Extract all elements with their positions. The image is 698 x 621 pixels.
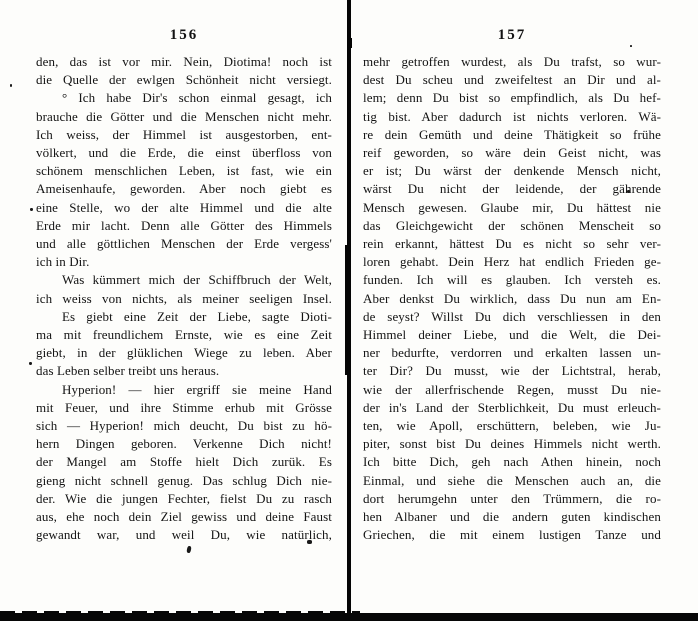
text-line: piter, sonst bist Du deines Himmels nich… (363, 435, 661, 453)
text-line: den, das ist vor mir. Nein, Diotima! noc… (36, 53, 332, 71)
page-number-left: 156 (36, 27, 332, 47)
text-line: der. Wie die jungen Fechter, fielst Du z… (36, 490, 332, 508)
text-line: sich — Hyperion! mich deucht, Du bist zu… (36, 417, 332, 435)
text-line: Erde mir lacht. Denn alle Götter des Him… (36, 217, 332, 235)
text-line: reif geworden, so wäre dein Geist nicht,… (363, 144, 661, 162)
scan-edge-bottom (0, 613, 698, 621)
text-line: ma mit freundlichem Ernste, wie es eine … (36, 326, 332, 344)
text-line: ter Dir? Du musst, wie der Lichtstral, h… (363, 362, 661, 380)
text-line: Ich bitte Dich, geh nach Athen hinein, n… (363, 453, 661, 471)
page-left-text: den, das ist vor mir. Nein, Diotima! noc… (36, 53, 332, 544)
text-line: Ameisenhaufe, geworden. Aber noch giebt … (36, 180, 332, 198)
text-line: gewandt war, und weil Du, wie natürlich, (36, 526, 332, 544)
ink-speck (627, 190, 630, 193)
text-line: Himmel deiner Liebe, und die Welt, die D… (363, 326, 661, 344)
text-line: Einmal, und siehe die Menschen auch an, … (363, 472, 661, 490)
text-line: aus, ehe noch dein Ziel gewiss und deine… (36, 508, 332, 526)
text-line: die Quelle der ewlgen Schönheit nicht ve… (36, 71, 332, 89)
ink-speck (630, 45, 632, 47)
text-line: dort herumgehn unter den Trümmern, die r… (363, 490, 661, 508)
text-line: funden. Ich will es glauben. Ich versteh… (363, 271, 661, 289)
text-line: wie der allerfrischende Regen, musst Du … (363, 381, 661, 399)
text-line: Aber denkst Du wirklich, dass Du nun am … (363, 290, 661, 308)
page-gutter-line (347, 0, 351, 614)
text-line: mehr getroffen wurdest, als Du trafst, s… (363, 53, 661, 71)
text-line: lem; denn Du bist so empfindlich, als Du… (363, 89, 661, 107)
book-scan-spread: 156 den, das ist vor mir. Nein, Diotima!… (0, 0, 698, 621)
text-line: gieng nicht schnell genug. Das schlug Di… (36, 472, 332, 490)
text-line: und alle göttlichen Menschen der Erde ve… (36, 235, 332, 253)
text-line: hen Albaner und die andern guten kindisc… (363, 508, 661, 526)
text-line: dest Du scheu und zweifeltest an Dir und… (363, 71, 661, 89)
text-line: ich weiss von nichts, als meiner seelige… (36, 290, 332, 308)
ink-speck (29, 362, 32, 365)
text-line: er ist; Du wärst der denkende Mensch nic… (363, 162, 661, 180)
text-line: hern Dingen geboren. Verkenne Dich nicht… (36, 435, 332, 453)
text-line: Was kümmert mich der Schiffbruch der Wel… (36, 271, 332, 289)
text-line: rein erkannt, hättest Du es nicht so seh… (363, 235, 661, 253)
page-left: 156 den, das ist vor mir. Nein, Diotima!… (36, 0, 332, 544)
ink-speck (307, 540, 312, 544)
text-line: de seyst? Willst Du dich verschliessen i… (363, 308, 661, 326)
text-line: tig bist. Aber dadurch ist nichts verlor… (363, 108, 661, 126)
text-line: ° Ich habe Dir's schon einmal gesagt, ic… (36, 89, 332, 107)
text-line: der in's Land der Sterblichkeit, Du must… (363, 399, 661, 417)
text-line: Griechen, die mit einem lustigen Tanze u… (363, 526, 661, 544)
text-line: Mensch gewesen. Glaube mir, Du hättest n… (363, 199, 661, 217)
text-line: völkert, und die Erde, die einst überflo… (36, 144, 332, 162)
text-line: ich in Dir. (36, 253, 332, 271)
text-line: Ich weiss, der Himmel ist ausgestorben, … (36, 126, 332, 144)
text-line: eine Stelle, wo der alte Himmel und die … (36, 199, 332, 217)
ink-speck (30, 208, 33, 211)
text-line: giebt, in der glüklichen Wiege zu leben.… (36, 344, 332, 362)
ink-speck (10, 84, 12, 87)
text-line: das Leben selber treibt uns heraus. (36, 362, 332, 380)
text-line: re dein Gemüth und deine Thätigkeit so f… (363, 126, 661, 144)
text-line: brauche die Götter und die Menschen nich… (36, 108, 332, 126)
text-line: das Gleichgewicht der schönen Menscheit … (363, 217, 661, 235)
text-line: der Mangel am Stoffe hielt Dich zurük. E… (36, 453, 332, 471)
text-line: mit Feuer, und ihre Stimme erhub mit Grö… (36, 399, 332, 417)
text-line: ner bedurfte, verdorren und erkalten las… (363, 344, 661, 362)
page-right: 157 mehr getroffen wurdest, als Du trafs… (363, 0, 661, 544)
page-right-text: mehr getroffen wurdest, als Du trafst, s… (363, 53, 661, 544)
ink-speck (186, 546, 191, 554)
text-line: schönem menschlichen Leben, ist fast, wi… (36, 162, 332, 180)
text-line: Hyperion! — hier ergriff sie meine Hand (36, 381, 332, 399)
text-line: ten, wie Apoll, erschüttern, beleben, wi… (363, 417, 661, 435)
page-number-right: 157 (363, 27, 661, 47)
text-line: loren gehabt. Dein Herz hat endlich Frie… (363, 253, 661, 271)
text-line: wärst Du nicht der leidende, der gährend… (363, 180, 661, 198)
text-line: Es giebt eine Zeit der Liebe, sagte Diot… (36, 308, 332, 326)
